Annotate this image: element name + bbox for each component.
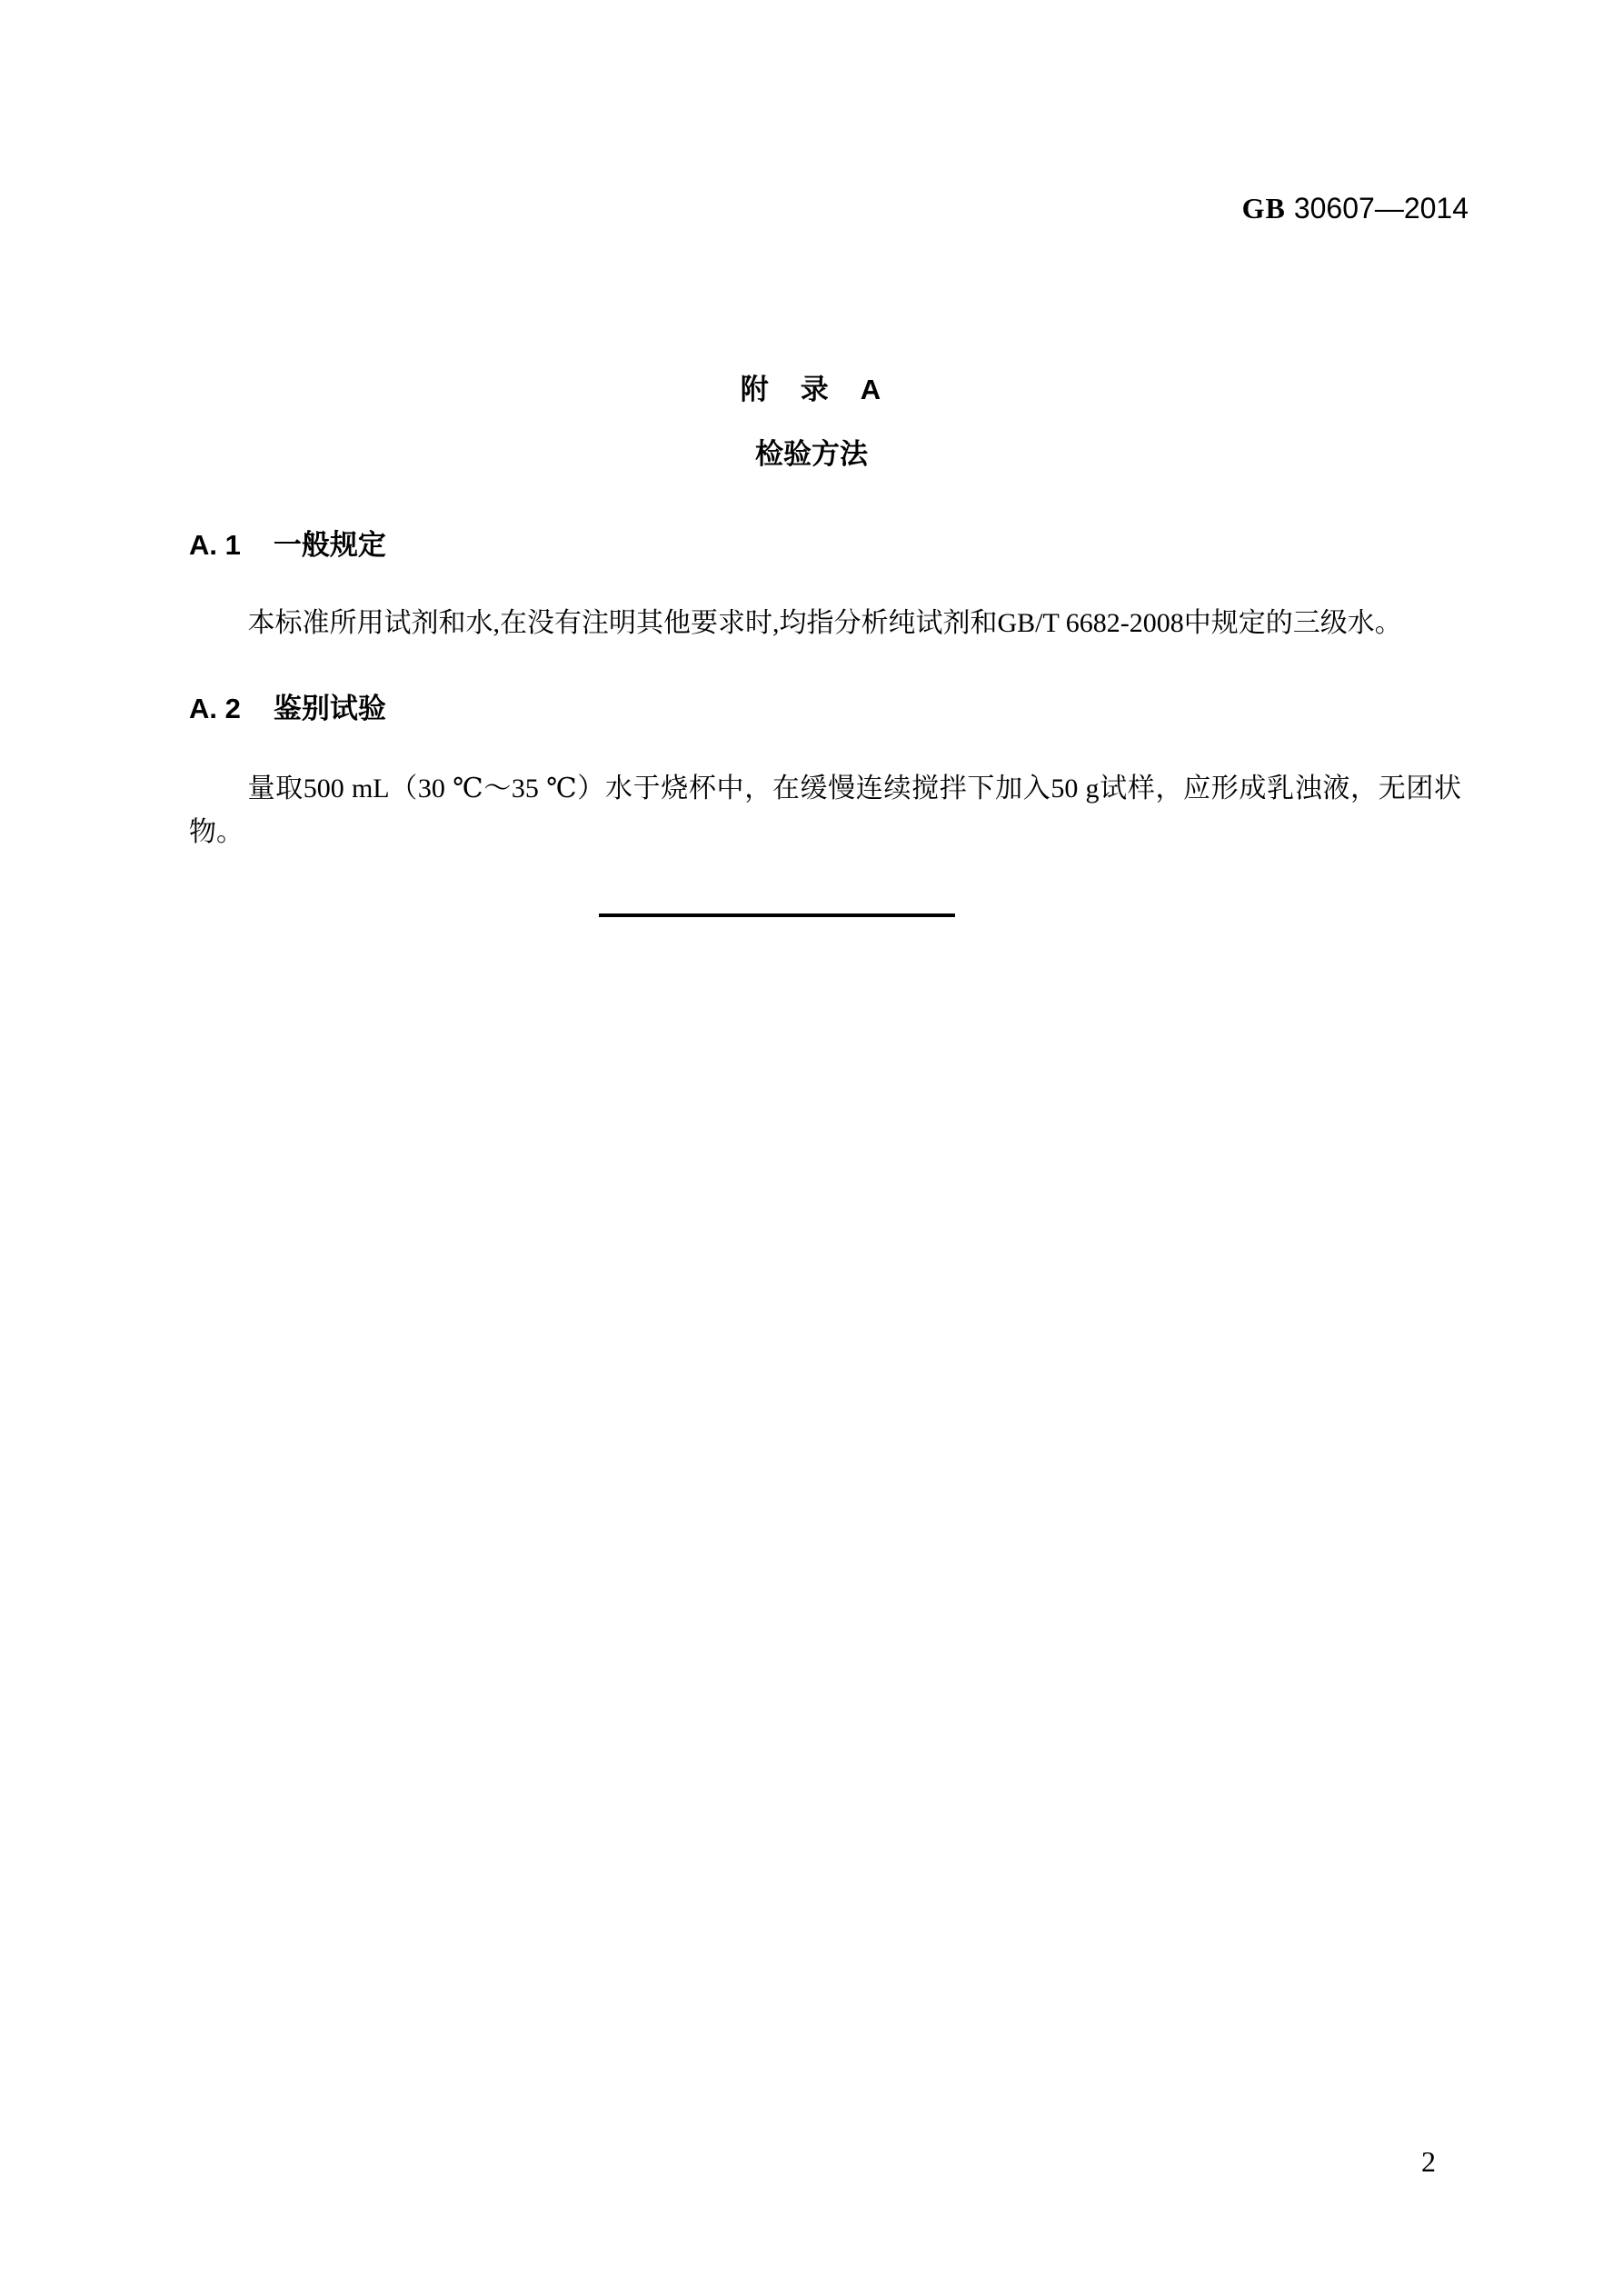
standard-code-number: 30607—2014 (1294, 192, 1469, 225)
section-heading-a1: A. 1一般规定 (189, 522, 386, 563)
section-number-a1: A. 1 (189, 529, 241, 562)
end-of-text-rule (599, 913, 955, 917)
section-number-a2: A. 2 (189, 693, 241, 725)
appendix-subtitle: 检验方法 (0, 431, 1623, 472)
section-body-a2: 量取500 mL（30 ℃～35 ℃）水于烧杯中，在缓慢连续搅拌下加入50 g试… (189, 767, 1461, 854)
standard-code-prefix: GB (1242, 192, 1286, 225)
document-page: GB30607—2014 附 录 A 检验方法 A. 1一般规定 本标准所用试剂… (0, 0, 1623, 2296)
appendix-title: 附 录 A (0, 366, 1623, 407)
section-body-a1: 本标准所用试剂和水,在没有注明其他要求时,均指分析纯试剂和GB/T 6682-2… (189, 602, 1461, 645)
standard-code: GB30607—2014 (1242, 193, 1469, 225)
page-number: 2 (1421, 2145, 1436, 2179)
section-title-a2: 鉴别试验 (274, 693, 386, 724)
section-heading-a2: A. 2鉴别试验 (189, 685, 386, 726)
section-title-a1: 一般规定 (274, 529, 386, 561)
